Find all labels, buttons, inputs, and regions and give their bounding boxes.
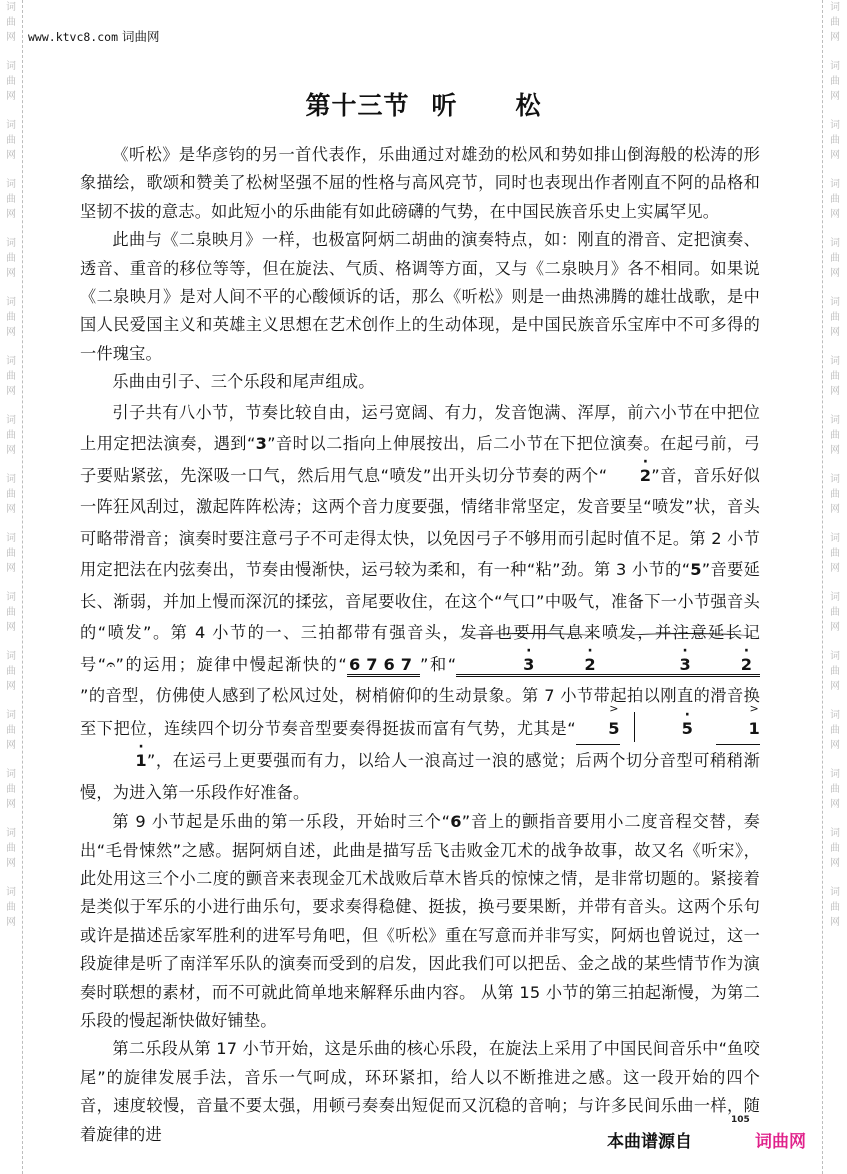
watermark-char: 网 bbox=[830, 325, 840, 340]
watermark-char: 词 bbox=[6, 177, 16, 192]
watermark-char: 曲 bbox=[6, 900, 16, 915]
watermark-char: 曲 bbox=[6, 546, 16, 561]
watermark-char: 词 bbox=[6, 708, 16, 723]
watermark-char: 词 bbox=[830, 0, 840, 15]
watermark-char: 曲 bbox=[6, 428, 16, 443]
watermark-char: 网 bbox=[830, 856, 840, 871]
watermark-char: 曲 bbox=[6, 605, 16, 620]
watermark-char: 词 bbox=[6, 531, 16, 546]
site-url[interactable]: www.ktvc8.com bbox=[28, 30, 118, 44]
watermark-char: 词 bbox=[6, 236, 16, 251]
paragraph-first-section: 第 9 小节起是乐曲的第一乐段，开始时三个“6”音上的颤指音要用小二度音程交替，… bbox=[80, 808, 760, 1035]
title-word-2: 松 bbox=[516, 91, 542, 120]
fermata-icon: 𝄐 bbox=[106, 655, 115, 674]
watermark-group: 词曲网 bbox=[6, 708, 16, 753]
watermark-group: 词曲网 bbox=[830, 295, 840, 340]
watermark-char: 曲 bbox=[830, 133, 840, 148]
site-name: 词曲网 bbox=[122, 29, 160, 44]
watermark-group: 词曲网 bbox=[830, 177, 840, 222]
watermark-group: 词曲网 bbox=[6, 531, 16, 576]
notation-note-6: 6 bbox=[450, 812, 461, 831]
watermark-char: 曲 bbox=[830, 310, 840, 325]
watermark-group: 词曲网 bbox=[830, 767, 840, 812]
watermark-group: 词曲网 bbox=[830, 472, 840, 517]
watermark-group: 词曲网 bbox=[830, 118, 840, 163]
watermark-group: 词曲网 bbox=[6, 472, 16, 517]
right-watermark-strip: 词曲网词曲网词曲网词曲网词曲网词曲网词曲网词曲网词曲网词曲网词曲网词曲网词曲网词… bbox=[822, 0, 847, 1174]
watermark-char: 网 bbox=[6, 620, 16, 635]
watermark-char: 曲 bbox=[6, 841, 16, 856]
watermark-char: 网 bbox=[830, 797, 840, 812]
paragraph-introduction-section: 引子共有八小节，节奏比较自由，运弓宽阔、有力，发音饱满、浑厚，前六小节在中把位上… bbox=[80, 397, 760, 809]
watermark-char: 曲 bbox=[830, 15, 840, 30]
watermark-char: 词 bbox=[6, 590, 16, 605]
page-number: 105 bbox=[731, 1115, 750, 1125]
watermark-char: 网 bbox=[830, 384, 840, 399]
watermark-char: 曲 bbox=[830, 546, 840, 561]
watermark-char: 词 bbox=[6, 0, 16, 15]
watermark-group: 词曲网 bbox=[830, 826, 840, 871]
watermark-char: 网 bbox=[6, 325, 16, 340]
watermark-char: 曲 bbox=[6, 15, 16, 30]
notation-figure-3232: 3 2 3 2 bbox=[456, 655, 760, 677]
watermark-char: 网 bbox=[6, 679, 16, 694]
watermark-group: 词曲网 bbox=[830, 590, 840, 635]
watermark-char: 词 bbox=[6, 885, 16, 900]
watermark-char: 网 bbox=[6, 915, 16, 930]
watermark-char: 曲 bbox=[830, 723, 840, 738]
watermark-group: 词曲网 bbox=[6, 354, 16, 399]
watermark-char: 词 bbox=[830, 472, 840, 487]
watermark-char: 网 bbox=[830, 738, 840, 753]
watermark-char: 词 bbox=[830, 236, 840, 251]
left-watermark-strip: 词曲网词曲网词曲网词曲网词曲网词曲网词曲网词曲网词曲网词曲网词曲网词曲网词曲网词… bbox=[0, 0, 23, 1174]
watermark-group: 词曲网 bbox=[6, 885, 16, 930]
watermark-char: 曲 bbox=[6, 192, 16, 207]
watermark-char: 曲 bbox=[830, 782, 840, 797]
watermark-char: 曲 bbox=[830, 487, 840, 502]
watermark-char: 词 bbox=[830, 708, 840, 723]
watermark-char: 曲 bbox=[6, 487, 16, 502]
watermark-char: 曲 bbox=[6, 133, 16, 148]
watermark-char: 词 bbox=[830, 826, 840, 841]
watermark-char: 词 bbox=[830, 590, 840, 605]
watermark-char: 网 bbox=[6, 738, 16, 753]
watermark-char: 网 bbox=[830, 148, 840, 163]
watermark-char: 网 bbox=[6, 443, 16, 458]
watermark-char: 曲 bbox=[830, 428, 840, 443]
watermark-group: 词曲网 bbox=[6, 590, 16, 635]
watermark-char: 曲 bbox=[6, 664, 16, 679]
watermark-group: 词曲网 bbox=[6, 118, 16, 163]
bar-line bbox=[634, 712, 636, 742]
watermark-char: 词 bbox=[830, 295, 840, 310]
paragraph-comparison: 此曲与《二泉映月》一样，也极富阿炳二胡曲的演奏特点，如：刚直的滑音、定把演奏、透… bbox=[80, 226, 760, 368]
watermark-char: 网 bbox=[830, 915, 840, 930]
watermark-char: 网 bbox=[830, 620, 840, 635]
watermark-char: 曲 bbox=[6, 369, 16, 384]
article-body: 《听松》是华彦钧的另一首代表作，乐曲通过对雄劲的松风和势如排山倒海般的松涛的形象… bbox=[80, 141, 760, 1149]
watermark-char: 词 bbox=[6, 59, 16, 74]
watermark-char: 词 bbox=[830, 649, 840, 664]
watermark-char: 网 bbox=[6, 207, 16, 222]
watermark-char: 词 bbox=[6, 649, 16, 664]
watermark-char: 曲 bbox=[830, 900, 840, 915]
watermark-char: 词 bbox=[830, 177, 840, 192]
title-word-1: 听 bbox=[431, 91, 457, 120]
watermark-char: 曲 bbox=[830, 192, 840, 207]
watermark-char: 网 bbox=[6, 266, 16, 281]
notation-note-3: 3 bbox=[256, 434, 267, 453]
watermark-char: 网 bbox=[830, 502, 840, 517]
notation-note-5: 5 bbox=[690, 560, 701, 579]
watermark-char: 词 bbox=[6, 295, 16, 310]
watermark-char: 网 bbox=[830, 443, 840, 458]
watermark-group: 词曲网 bbox=[830, 885, 840, 930]
watermark-char: 词 bbox=[830, 354, 840, 369]
watermark-group: 词曲网 bbox=[6, 413, 16, 458]
watermark-char: 网 bbox=[6, 30, 16, 45]
watermark-group: 词曲网 bbox=[830, 708, 840, 753]
notation-figure-6767: 6767 bbox=[347, 655, 420, 677]
watermark-char: 曲 bbox=[6, 782, 16, 797]
source-brand-link[interactable]: 词曲网 bbox=[755, 1127, 806, 1152]
watermark-char: 词 bbox=[6, 767, 16, 782]
watermark-char: 网 bbox=[6, 856, 16, 871]
watermark-char: 词 bbox=[830, 531, 840, 546]
watermark-char: 网 bbox=[6, 384, 16, 399]
watermark-char: 网 bbox=[6, 797, 16, 812]
watermark-char: 词 bbox=[830, 885, 840, 900]
watermark-char: 词 bbox=[830, 413, 840, 428]
notation-note-2-high: 2 bbox=[607, 460, 651, 492]
watermark-char: 曲 bbox=[6, 251, 16, 266]
paragraph-structure: 乐曲由引子、三个乐段和尾声组成。 bbox=[80, 368, 760, 396]
page-title: 第十三节听松 bbox=[0, 86, 847, 122]
watermark-char: 词 bbox=[6, 826, 16, 841]
watermark-char: 词 bbox=[6, 472, 16, 487]
watermark-char: 网 bbox=[830, 561, 840, 576]
watermark-char: 词 bbox=[830, 59, 840, 74]
watermark-group: 词曲网 bbox=[6, 236, 16, 281]
source-label: 本曲谱源自 bbox=[607, 1127, 692, 1152]
watermark-char: 网 bbox=[830, 207, 840, 222]
section-number: 第十三节 bbox=[305, 91, 409, 120]
watermark-char: 词 bbox=[6, 354, 16, 369]
watermark-char: 曲 bbox=[830, 605, 840, 620]
watermark-group: 词曲网 bbox=[830, 531, 840, 576]
watermark-group: 词曲网 bbox=[6, 826, 16, 871]
watermark-group: 词曲网 bbox=[6, 0, 16, 45]
watermark-char: 词 bbox=[6, 413, 16, 428]
watermark-group: 词曲网 bbox=[6, 649, 16, 694]
watermark-group: 词曲网 bbox=[6, 767, 16, 812]
watermark-char: 曲 bbox=[830, 841, 840, 856]
watermark-group: 词曲网 bbox=[830, 413, 840, 458]
watermark-group: 词曲网 bbox=[6, 177, 16, 222]
watermark-char: 曲 bbox=[6, 723, 16, 738]
watermark-char: 网 bbox=[6, 561, 16, 576]
watermark-char: 网 bbox=[830, 679, 840, 694]
watermark-char: 网 bbox=[6, 148, 16, 163]
site-header: www.ktvc8.com 词曲网 bbox=[28, 27, 160, 45]
watermark-char: 曲 bbox=[830, 251, 840, 266]
watermark-group: 词曲网 bbox=[830, 649, 840, 694]
watermark-group: 词曲网 bbox=[830, 236, 840, 281]
paragraph-intro: 《听松》是华彦钧的另一首代表作，乐曲通过对雄劲的松风和势如排山倒海般的松涛的形象… bbox=[80, 141, 760, 226]
watermark-char: 网 bbox=[830, 30, 840, 45]
watermark-group: 词曲网 bbox=[6, 295, 16, 340]
watermark-char: 词 bbox=[830, 767, 840, 782]
watermark-char: 曲 bbox=[830, 664, 840, 679]
watermark-group: 词曲网 bbox=[830, 354, 840, 399]
watermark-char: 曲 bbox=[830, 369, 840, 384]
watermark-char: 曲 bbox=[6, 310, 16, 325]
watermark-char: 网 bbox=[6, 502, 16, 517]
watermark-group: 词曲网 bbox=[830, 0, 840, 45]
watermark-char: 网 bbox=[830, 266, 840, 281]
